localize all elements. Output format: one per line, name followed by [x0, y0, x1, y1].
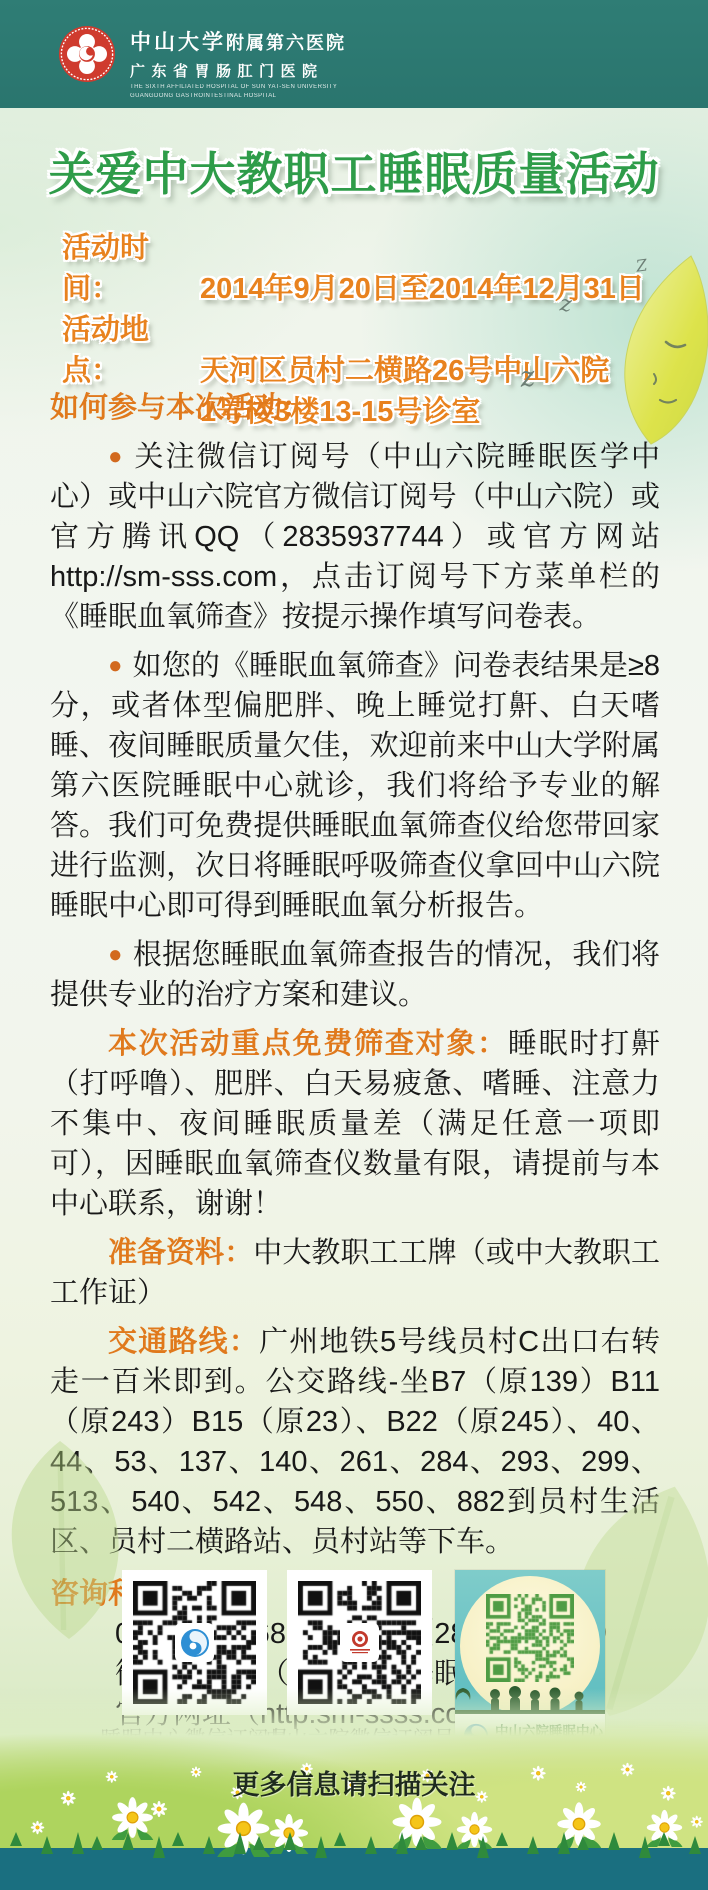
poster: 中山大学附属第六医院 广东省胃肠肛门医院 THE SIXTH AFFILIATE…	[0, 0, 708, 1890]
hospital-name-main: 中山大学	[130, 31, 226, 54]
event-place-label: 活动地点：	[62, 310, 200, 392]
scan-note: 更多信息请扫描关注	[0, 1763, 708, 1802]
event-place-value: 天河区员村二横路26号中山六院	[200, 355, 609, 387]
bullet-icon: ●	[108, 652, 123, 679]
grass-tuft-icon	[172, 1832, 184, 1846]
hospital-alt-name: 广东省胃肠肛门医院	[130, 60, 346, 81]
grass-tuft-icon	[658, 1832, 670, 1846]
hospital-name-en: THE SIXTH AFFILIATED HOSPITAL OF SUN YAT…	[130, 84, 346, 90]
daisy-flower-icon	[690, 1815, 704, 1829]
hospital-alt-name-en: GUANGDONG GASTROINTESTINAL HOSPITAL	[130, 93, 346, 99]
hospital-logo-icon	[58, 25, 116, 83]
grass-tuft-icon	[608, 1832, 620, 1850]
grass-tuft-icon	[284, 1832, 296, 1850]
route-label: 交通路线：	[108, 1326, 259, 1358]
paragraph-screening: ●如您的《睡眠血氧筛查》问卷表结果是≥8分，或者体型偏肥胖、晚上睡觉打鼾、白天嗜…	[50, 646, 660, 926]
paragraph-treatment-text: 根据您睡眠血氧筛查报告的情况，我们将提供专业的治疗方案和建议。	[50, 939, 660, 1011]
event-place-row: 活动地点：天河区员村二横路26号中山六院	[62, 310, 645, 392]
grass-tuft-icon	[315, 1836, 327, 1858]
target-label: 本次活动重点免费筛查对象：	[108, 1028, 508, 1060]
grass-tuft-icon	[477, 1836, 489, 1858]
hospital-name: 中山大学附属第六医院	[130, 26, 346, 56]
bullet-icon: ●	[108, 443, 125, 470]
grass-tuft-icon	[153, 1836, 165, 1858]
sleep-z-icon: z	[559, 291, 573, 317]
grass-tuft-icon	[72, 1832, 84, 1854]
grass-tuft-icon	[496, 1832, 508, 1846]
grass-tuft-icon	[10, 1832, 22, 1846]
grass-tuft-icon	[203, 1836, 215, 1854]
grass-tuft-icon	[639, 1836, 651, 1858]
grass-tuft-icon	[334, 1832, 346, 1846]
footer-strip	[0, 1848, 708, 1890]
paragraph-treatment: ●根据您睡眠血氧筛查报告的情况，我们将提供专业的治疗方案和建议。	[50, 935, 660, 1015]
paragraph-prepare: 准备资料：中大教职工工牌（或中大教职工工作证）	[50, 1233, 660, 1313]
grass-tuft-icon	[122, 1832, 134, 1850]
paragraph-target: 本次活动重点免费筛查对象：睡眠时打鼾（打呼噜）、肥胖、白天易疲惫、嗜睡、注意力不…	[50, 1024, 660, 1224]
grass-tuft-icon	[41, 1836, 53, 1854]
qr-code	[486, 1594, 574, 1682]
bullet-icon: ●	[108, 941, 123, 968]
daisy-flower-icon	[30, 1820, 45, 1835]
grass-tuft-icon	[253, 1836, 265, 1850]
grass-tuft-icon	[577, 1836, 589, 1850]
hospital-name-rest: 附属第六医院	[226, 33, 346, 53]
grass-tuft-icon	[446, 1832, 458, 1850]
prepare-label: 准备资料：	[108, 1237, 253, 1269]
paragraph-screening-text: 如您的《睡眠血氧筛查》问卷表结果是≥8分，或者体型偏肥胖、晚上睡觉打鼾、白天嗜睡…	[50, 650, 660, 922]
grass-tuft-icon	[365, 1836, 377, 1854]
grass-tuft-icon	[234, 1832, 246, 1854]
grass-tuft-icon	[91, 1836, 103, 1850]
event-time-label: 活动时间：	[62, 228, 200, 310]
grass-tuft-icon	[527, 1836, 539, 1854]
grass-tuft-icon	[558, 1832, 570, 1854]
sleep-center-logo-icon	[175, 1623, 214, 1662]
grass-tuft-icon	[396, 1832, 408, 1854]
event-time-value: 2014年9月20日至2014年12月31日	[200, 273, 645, 305]
paragraph-subscribe-text: 关注微信订阅号（中山六院睡眠医学中心）或中山六院官方微信订阅号（中山六院）或官方…	[50, 441, 660, 633]
grass-tuft-icon	[689, 1836, 701, 1854]
paragraph-subscribe: ●关注微信订阅号（中山六院睡眠医学中心）或中山六院官方微信订阅号（中山六院）或官…	[50, 437, 660, 637]
how-to-heading: 如何参与本次活动：	[50, 388, 660, 428]
event-time-row: 活动时间：2014年9月20日至2014年12月31日	[62, 228, 645, 310]
poster-title: 关爱中大教职工睡眠质量活动	[0, 138, 708, 204]
header-bar: 中山大学附属第六医院 广东省胃肠肛门医院 THE SIXTH AFFILIATE…	[0, 0, 708, 108]
grass-tuft-icon	[415, 1836, 427, 1850]
hospital-logo-small-icon	[340, 1623, 379, 1662]
